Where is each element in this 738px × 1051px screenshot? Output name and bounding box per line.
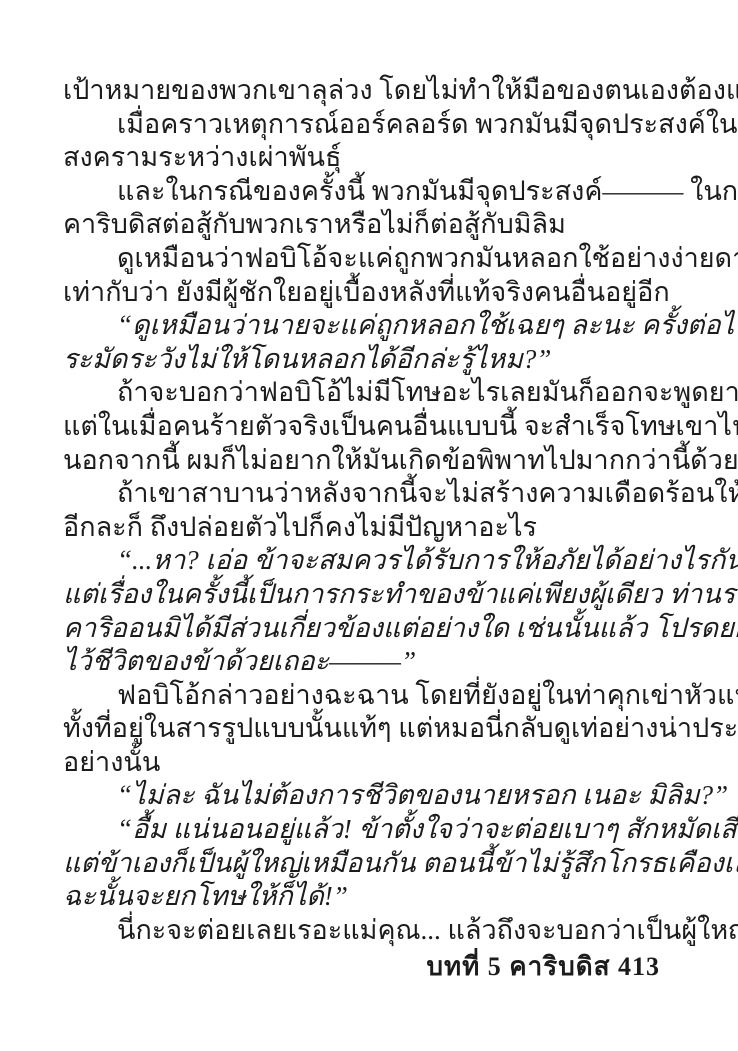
text-line: คาริออนมิได้มีส่วนเกี่ยวข้องแต่อย่างใด เ…	[63, 612, 663, 646]
dialogue-paragraph: “อื้ม แน่นอนอยู่แล้ว! ข้าตั้งใจว่าจะต่อย…	[63, 813, 663, 914]
text-line: “...หา? เอ่อ ข้าจะสมควรได้รับการให้อภัยไ…	[63, 544, 663, 578]
dialogue-paragraph: “ไม่ละ ฉันไม่ต้องการชีวิตของนายหรอก เนอะ…	[63, 779, 663, 813]
narration-paragraph: เป้าหมายของพวกเขาลุล่วง โดยไม่ทำให้มือขอ…	[63, 74, 663, 108]
text-line: ฟอบิโอ้กล่าวอย่างฉะฉาน โดยที่ยังอยู่ในท่…	[63, 679, 663, 713]
text-line: และในกรณีของครั้งนี้ พวกมันมีจุดประสงค์—…	[63, 175, 663, 209]
text-line: เมื่อคราวเหตุการณ์ออร์คลอร์ด พวกมันมีจุด…	[63, 108, 663, 142]
text-line: นี่กะจะต่อยเลยเรอะแม่คุณ... แล้วถึงจะบอก…	[63, 914, 663, 948]
text-line: สงครามระหว่างเผ่าพันธุ์	[63, 141, 663, 175]
text-line: ทั้งที่อยู่ในสารรูปแบบนั้นแท้ๆ แต่หมอนี่…	[63, 712, 663, 746]
narration-paragraph: และในกรณีของครั้งนี้ พวกมันมีจุดประสงค์—…	[63, 175, 663, 242]
narration-paragraph: ถ้าเขาสาบานว่าหลังจากนี้จะไม่สร้างความเด…	[63, 477, 663, 544]
text-line: แต่ข้าเองก็เป็นผู้ใหญ่เหมือนกัน ตอนนี้ข้…	[63, 847, 663, 881]
text-line: เป้าหมายของพวกเขาลุล่วง โดยไม่ทำให้มือขอ…	[63, 74, 663, 108]
narration-paragraph: นี่กะจะต่อยเลยเรอะแม่คุณ... แล้วถึงจะบอก…	[63, 914, 663, 948]
page-footer: บทที่ 5 คาริบดิส 413	[427, 946, 661, 987]
text-line: นอกจากนี้ ผมก็ไม่อยากให้มันเกิดข้อพิพาทไ…	[63, 444, 663, 478]
dialogue-paragraph: “ดูเหมือนว่านายจะแค่ถูกหลอกใช้เฉยๆ ละนะ …	[63, 309, 663, 376]
text-line: ถ้าเขาสาบานว่าหลังจากนี้จะไม่สร้างความเด…	[63, 477, 663, 511]
text-line: คาริบดิสต่อสู้กับพวกเราหรือไม่ก็ต่อสู้กั…	[63, 208, 663, 242]
text-line: ไว้ชีวิตของข้าด้วยเถอะ———”	[63, 645, 663, 679]
text-line: ดูเหมือนว่าฟอบิโอ้จะแค่ถูกพวกมันหลอกใช้อ…	[63, 242, 663, 276]
novel-page: เป้าหมายของพวกเขาลุล่วง โดยไม่ทำให้มือขอ…	[0, 0, 738, 1051]
text-line: เท่ากับว่า ยังมีผู้ชักใยอยู่เบื้องหลังที…	[63, 276, 663, 310]
text-line: ระมัดระวังไม่ให้โดนหลอกได้อีกล่ะรู้ไหม?”	[63, 343, 663, 377]
text-line: แต่เรื่องในครั้งนี้เป็นการกระทำของข้าแค่…	[63, 578, 663, 612]
text-line: “อื้ม แน่นอนอยู่แล้ว! ข้าตั้งใจว่าจะต่อย…	[63, 813, 663, 847]
text-line: อีกละก็ ถึงปล่อยตัวไปก็คงไม่มีปัญหาอะไร	[63, 511, 663, 545]
text-line: อย่างนั้น	[63, 746, 663, 780]
narration-paragraph: ดูเหมือนว่าฟอบิโอ้จะแค่ถูกพวกมันหลอกใช้อ…	[63, 242, 663, 309]
narration-paragraph: ถ้าจะบอกว่าฟอบิโอ้ไม่มีโทษอะไรเลยมันก็ออ…	[63, 376, 663, 477]
chapter-page-label: บทที่ 5 คาริบดิส 413	[427, 952, 661, 981]
narration-paragraph: เมื่อคราวเหตุการณ์ออร์คลอร์ด พวกมันมีจุด…	[63, 108, 663, 175]
body-text-block: เป้าหมายของพวกเขาลุล่วง โดยไม่ทำให้มือขอ…	[63, 74, 663, 947]
text-line: แต่ในเมื่อคนร้ายตัวจริงเป็นคนอื่นแบบนี้ …	[63, 410, 663, 444]
text-line: “ไม่ละ ฉันไม่ต้องการชีวิตของนายหรอก เนอะ…	[63, 779, 663, 813]
dialogue-paragraph: “...หา? เอ่อ ข้าจะสมควรได้รับการให้อภัยไ…	[63, 544, 663, 678]
text-line: ฉะนั้นจะยกโทษให้ก็ได้!”	[63, 880, 663, 914]
text-line: ถ้าจะบอกว่าฟอบิโอ้ไม่มีโทษอะไรเลยมันก็ออ…	[63, 376, 663, 410]
text-line: “ดูเหมือนว่านายจะแค่ถูกหลอกใช้เฉยๆ ละนะ …	[63, 309, 663, 343]
narration-paragraph: ฟอบิโอ้กล่าวอย่างฉะฉาน โดยที่ยังอยู่ในท่…	[63, 679, 663, 780]
